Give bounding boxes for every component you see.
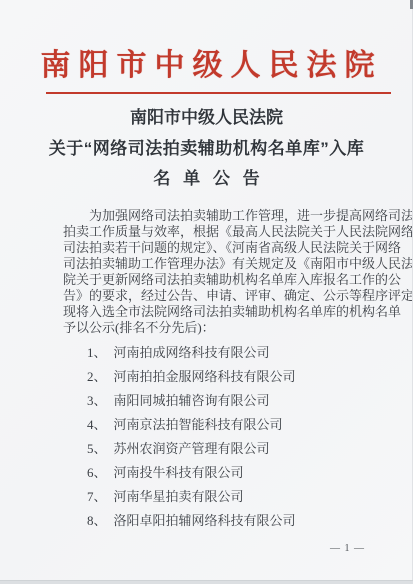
list-item: 8、洛阳卓阳拍辅网络科技有限公司 — [87, 513, 388, 529]
list-item-company-name: 南阳同城拍辅咨询有限公司 — [114, 393, 270, 408]
announcement-title-line2: 关于“网络司法拍卖辅助机构名单库”入库 — [0, 138, 413, 160]
list-item: 3、南阳同城拍辅咨询有限公司 — [87, 393, 388, 409]
body-line: 为加强网络司法拍卖辅助工作管理，进一步提高网络司法 — [63, 208, 388, 224]
body-line: 司法拍卖若干问题的规定》、《河南省高级人民法院关于网络 — [63, 240, 388, 256]
list-item-company-name: 河南拍成网络科技有限公司 — [114, 345, 270, 360]
body-line: 现将入选全市法院网络司法拍卖辅助机构名单库的机构名单 — [63, 304, 388, 320]
announcement-title-line1: 南阳市中级人民法院 — [0, 107, 413, 129]
list-item-company-name: 河南拍拍金服网络科技有限公司 — [114, 369, 296, 384]
list-item-number: 1、 — [87, 345, 107, 360]
list-item-company-name: 河南华星拍卖有限公司 — [114, 489, 244, 504]
document-page: 南阳市中级人民法院 南阳市中级人民法院 关于“网络司法拍卖辅助机构名单库”入库 … — [0, 0, 413, 584]
list-item-number: 4、 — [87, 417, 107, 432]
list-item-company-name: 苏州农润资产管理有限公司 — [114, 441, 270, 456]
list-item-company-name: 洛阳卓阳拍辅网络科技有限公司 — [114, 513, 296, 528]
list-item-number: 2、 — [87, 369, 107, 384]
page-number: — 1 — — [330, 543, 365, 554]
announcement-title: 南阳市中级人民法院 关于“网络司法拍卖辅助机构名单库”入库 名 单 公 告 — [0, 107, 413, 190]
list-item: 6、河南投牛科技有限公司 — [87, 465, 388, 481]
announcement-title-line3: 名 单 公 告 — [0, 168, 413, 190]
list-item: 1、河南拍成网络科技有限公司 — [87, 345, 388, 361]
list-item-number: 6、 — [87, 465, 107, 480]
list-item: 7、河南华星拍卖有限公司 — [87, 489, 388, 505]
list-item-company-name: 河南投牛科技有限公司 — [114, 465, 244, 480]
scan-bottom-edge — [0, 580, 413, 584]
body-line: 拍卖工作质量与效率，根据《最高人民法院关于人民法院网络 — [63, 224, 388, 240]
list-item-number: 7、 — [87, 489, 107, 504]
body-line: 院关于更新网络司法拍卖辅助机构名单库入库报名工作的公 — [63, 272, 388, 288]
court-letterhead-title: 南阳市中级人民法院 — [0, 0, 413, 86]
list-item-company-name: 河南京法拍智能科技有限公司 — [114, 417, 283, 432]
letterhead-rule — [46, 92, 391, 94]
company-list: 1、河南拍成网络科技有限公司 2、河南拍拍金服网络科技有限公司 3、南阳同城拍辅… — [87, 345, 388, 529]
list-item: 5、苏州农润资产管理有限公司 — [87, 441, 388, 457]
body-line: 告》的要求，经过公告、申请、评审、确定、公示等程序评定， — [63, 288, 388, 304]
body-line: 司法拍卖辅助工作管理办法》有关规定及《南阳市中级人民法 — [63, 256, 388, 272]
list-item: 2、河南拍拍金服网络科技有限公司 — [87, 369, 388, 385]
list-item-number: 5、 — [87, 441, 107, 456]
list-item: 4、河南京法拍智能科技有限公司 — [87, 417, 388, 433]
body-line: 予以公示(排名不分先后)： — [63, 320, 388, 336]
announcement-body: 为加强网络司法拍卖辅助工作管理，进一步提高网络司法 拍卖工作质量与效率，根据《最… — [63, 208, 388, 336]
list-item-number: 3、 — [87, 393, 107, 408]
list-item-number: 8、 — [87, 513, 107, 528]
